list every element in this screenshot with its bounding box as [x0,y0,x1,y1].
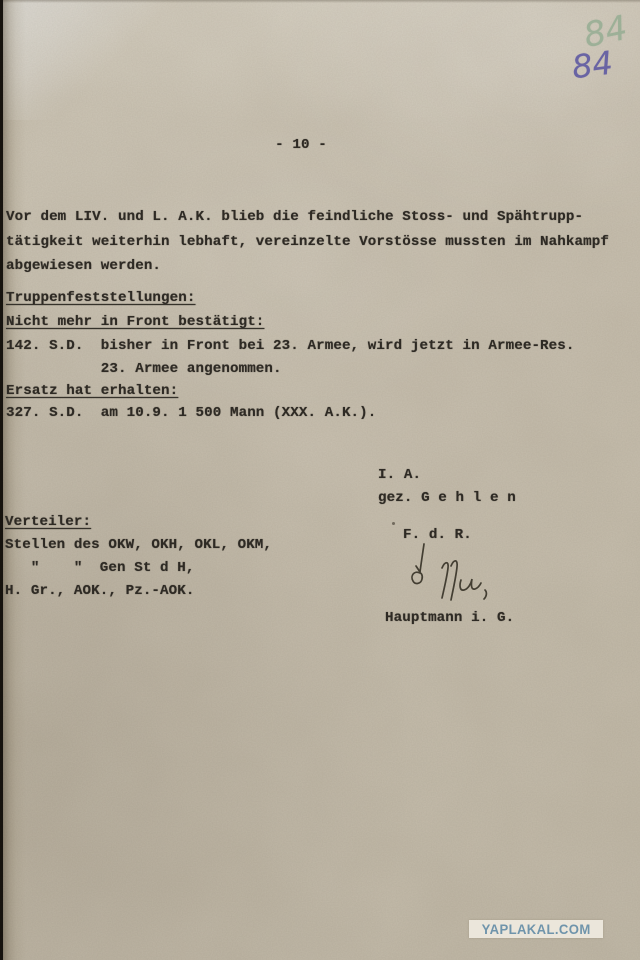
paragraph-line-3: abgewiesen werden. [6,259,161,273]
signature-in-auftrag: I. A. [378,468,421,482]
watermark-text: YAPLAKAL.COM [482,922,591,937]
signature-rank: Hauptmann i. G. [385,611,514,625]
page-left-shadow [0,0,26,960]
troop-findings-heading: Truppenfeststellungen: [6,291,196,305]
distribution-line-1: Stellen des OKW, OKH, OKL, OKM, [5,538,272,552]
troop-findings-entry-line-2: 23. Armee angenommen. [6,362,282,376]
paragraph-line-2: tätigkeit weiterhin lebhaft, vereinzelte… [6,235,609,249]
ink-speck [392,522,395,525]
troop-findings-subheading: Nicht mehr in Front bestätigt: [6,315,264,329]
distribution-line-2: " " Gen St d H, [5,561,195,575]
page-left-edge [0,0,3,960]
signature-signed-name: gez. G e h l e n [378,491,516,505]
signature-certification: F. d. R. [403,528,472,542]
scanned-document-page: 84 84 - 10 - Vor dem LIV. und L. A.K. bl… [0,0,640,960]
distribution-heading: Verteiler: [5,515,91,529]
replacements-entry: 327. S.D. am 10.9. 1 500 Mann (XXX. A.K.… [6,406,376,420]
handwritten-signature [406,542,498,606]
replacements-heading: Ersatz hat erhalten: [6,384,178,398]
paragraph-line-1: Vor dem LIV. und L. A.K. blieb die feind… [6,210,583,224]
watermark-badge: YAPLAKAL.COM [469,920,603,938]
page-number: - 10 - [245,138,357,152]
page-top-edge [0,0,640,3]
troop-findings-entry-line-1: 142. S.D. bisher in Front bei 23. Armee,… [6,339,575,353]
handwritten-page-number: 84 [570,44,615,87]
distribution-line-3: H. Gr., AOK., Pz.-AOK. [5,584,195,598]
